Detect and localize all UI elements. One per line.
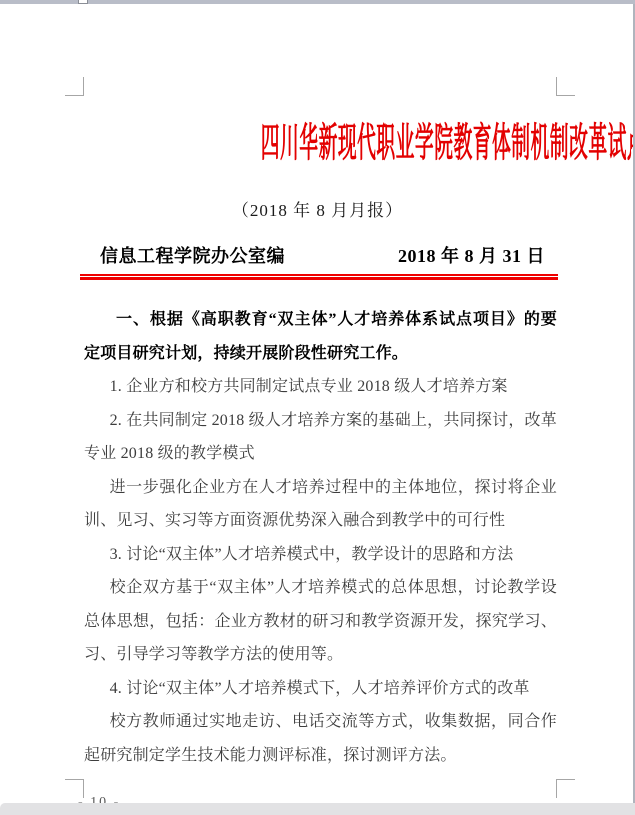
window-bottom-edge	[0, 803, 635, 815]
masthead-row: 信息工程学院办公室编 2018 年 8 月 31 日	[84, 242, 557, 268]
body-line[interactable]: 4. 讨论“双主体”人才培养模式下，人才培养评价方式的改革	[84, 672, 557, 706]
issue-subtitle: （2018 年 8 月月报）	[0, 196, 635, 221]
body-line[interactable]: 习、引导学习等教学方法的使用等。	[84, 638, 557, 672]
window-top-edge	[0, 0, 635, 4]
issue-date: 2018 年 8 月 31 日	[398, 242, 557, 268]
document-viewport: 四川华新现代职业学院教育体制机制改革试点项目简报 （2018 年 8 月月报） …	[0, 0, 635, 815]
body-line[interactable]: 进一步强化企业方在人才培养过程中的主体地位，探讨将企业方在实	[84, 471, 557, 505]
masthead-double-rule	[80, 274, 558, 280]
margin-crop-mark-top-right	[556, 77, 575, 96]
body-line[interactable]: 校企双方基于“双主体”人才培养模式的总体思想，讨论教学设计的	[84, 571, 557, 605]
margin-crop-mark-top-left	[65, 77, 84, 96]
ruler-notch	[78, 0, 88, 4]
body-line[interactable]: 起研究制定学生技术能力测评标准，探讨测评方法。	[84, 739, 557, 773]
body-line[interactable]: 2. 在共同制定 2018 级人才培养方案的基础上，共同探讨，改革试点	[84, 404, 557, 438]
margin-crop-mark-bottom-right	[556, 779, 575, 798]
body-line[interactable]: 3. 讨论“双主体”人才培养模式中，教学设计的思路和方法	[84, 538, 557, 572]
body-line[interactable]: 1. 企业方和校方共同制定试点专业 2018 级人才培养方案	[84, 370, 557, 404]
body-line[interactable]: 一、根据《高职教育“双主体”人才培养体系试点项目》的要求，制	[84, 303, 557, 337]
bulletin-title-text: 四川华新现代职业学院教育体制机制改革试点项目简报	[261, 114, 635, 172]
body-line[interactable]: 总体思想，包括：企业方教材的研习和教学资源开发，探究学习、合作学	[84, 605, 557, 639]
document-body[interactable]: 一、根据《高职教育“双主体”人才培养体系试点项目》的要求，制 定项目研究计划，持…	[84, 303, 557, 772]
body-line[interactable]: 校方教师通过实地走访、电话交流等方式，收集数据，同合作企业一	[84, 705, 557, 739]
editor-label: 信息工程学院办公室编	[84, 242, 285, 268]
body-line[interactable]: 训、见习、实习等方面资源优势深入融合到教学中的可行性	[84, 504, 557, 538]
body-line[interactable]: 定项目研究计划，持续开展阶段性研究工作。	[84, 337, 557, 371]
bulletin-title: 四川华新现代职业学院教育体制机制改革试点项目简报	[0, 114, 635, 172]
body-line[interactable]: 专业 2018 级的教学模式	[84, 437, 557, 471]
